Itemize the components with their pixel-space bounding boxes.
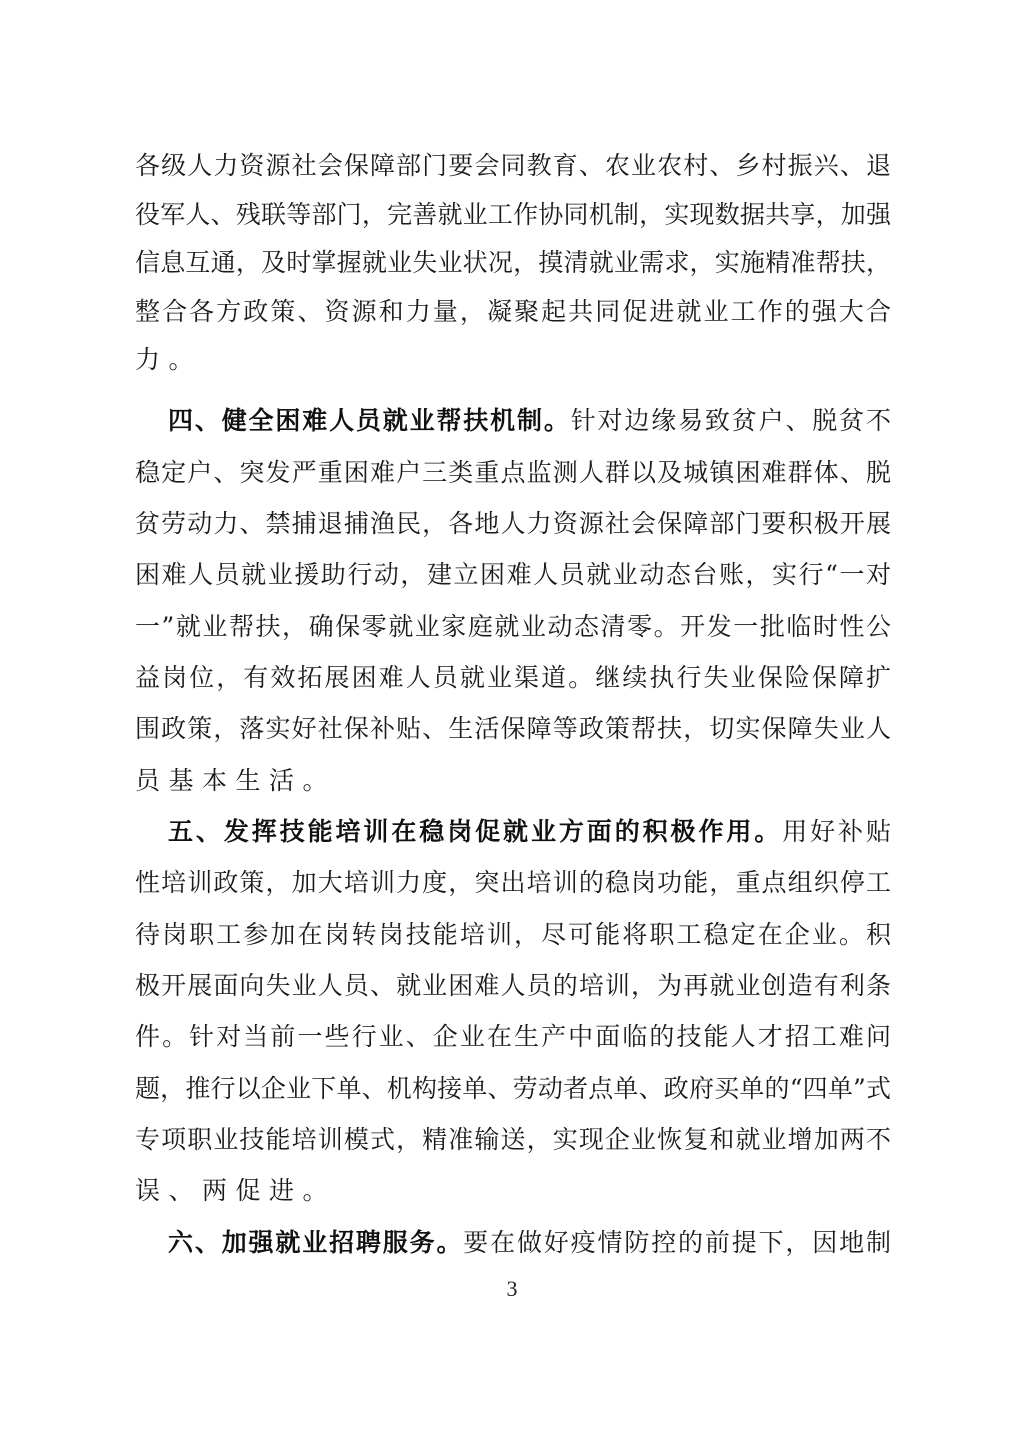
paragraph-3-line-3: 待岗职工参加在岗转岗技能培训，尽可能将职工稳定在企业。积 [135, 918, 891, 952]
paragraph-4-first-line: 六、加强就业招聘服务。要在做好疫情防控的前提下，因地制 [168, 1226, 891, 1260]
page-number: 3 [0, 1276, 1024, 1302]
paragraph-2-line-2: 稳定户、突发严重困难户三类重点监测人群以及城镇困难群体、脱 [135, 456, 891, 490]
section-heading-4: 四、健全困难人员就业帮扶机制。 [168, 406, 571, 435]
paragraph-2-line-4: 困难人员就业援助行动，建立困难人员就业动态台账，实行“一对 [135, 558, 891, 592]
paragraph-2-first-line: 四、健全困难人员就业帮扶机制。针对边缘易致贫户、脱贫不 [168, 404, 891, 438]
paragraph-3-line-6: 题，推行以企业下单、机构接单、劳动者点单、政府买单的“四单”式 [135, 1072, 891, 1106]
paragraph-3-line-2: 性培训政策，加大培训力度，突出培训的稳岗功能，重点组织停工 [135, 866, 891, 900]
paragraph-3-first-line: 五、发挥技能培训在稳岗促就业方面的积极作用。用好补贴 [168, 815, 891, 849]
paragraph-3-first-line-text: 用好补贴 [782, 817, 891, 846]
document-page: 各级人力资源社会保障部门要会同教育、农业农村、乡村振兴、退 役军人、残联等部门，… [0, 0, 1024, 1449]
paragraph-1-line-2: 役军人、残联等部门，完善就业工作协同机制，实现数据共享，加强 [135, 198, 891, 232]
paragraph-2-first-line-text: 针对边缘易致贫户、脱贫不 [571, 406, 891, 435]
paragraph-3-line-5: 件。针对当前一些行业、企业在生产中面临的技能人才招工难问 [135, 1020, 891, 1054]
paragraph-4-first-line-text: 要在做好疫情防控的前提下，因地制 [463, 1228, 891, 1257]
paragraph-1-line-4: 整合各方政策、资源和力量，凝聚起共同促进就业工作的强大合 [135, 295, 891, 329]
paragraph-3-line-4: 极开展面向失业人员、就业困难人员的培训，为再就业创造有利条 [135, 969, 891, 1003]
paragraph-3-line-7: 专项职业技能培训模式，精准输送，实现企业恢复和就业增加两不 [135, 1123, 891, 1157]
paragraph-2-line-3: 贫劳动力、禁捕退捕渔民，各地人力资源社会保障部门要积极开展 [135, 507, 891, 541]
paragraph-1-line-1: 各级人力资源社会保障部门要会同教育、农业农村、乡村振兴、退 [135, 149, 891, 183]
paragraph-2-line-6: 益岗位，有效拓展困难人员就业渠道。继续执行失业保险保障扩 [135, 661, 891, 695]
paragraph-3-line-8: 误、两促进。 [135, 1174, 891, 1208]
paragraph-2-line-7: 围政策，落实好社保补贴、生活保障等政策帮扶，切实保障失业人 [135, 712, 891, 746]
paragraph-1-line-3: 信息互通，及时掌握就业失业状况，摸清就业需求，实施精准帮扶， [135, 246, 891, 280]
paragraph-1-line-5: 力。 [135, 343, 891, 377]
paragraph-2-line-5: 一”就业帮扶，确保零就业家庭就业动态清零。开发一批临时性公 [135, 610, 891, 644]
section-heading-5: 五、发挥技能培训在稳岗促就业方面的积极作用。 [168, 817, 782, 846]
section-heading-6: 六、加强就业招聘服务。 [168, 1228, 463, 1257]
paragraph-2-line-8: 员基本生活。 [135, 764, 891, 798]
